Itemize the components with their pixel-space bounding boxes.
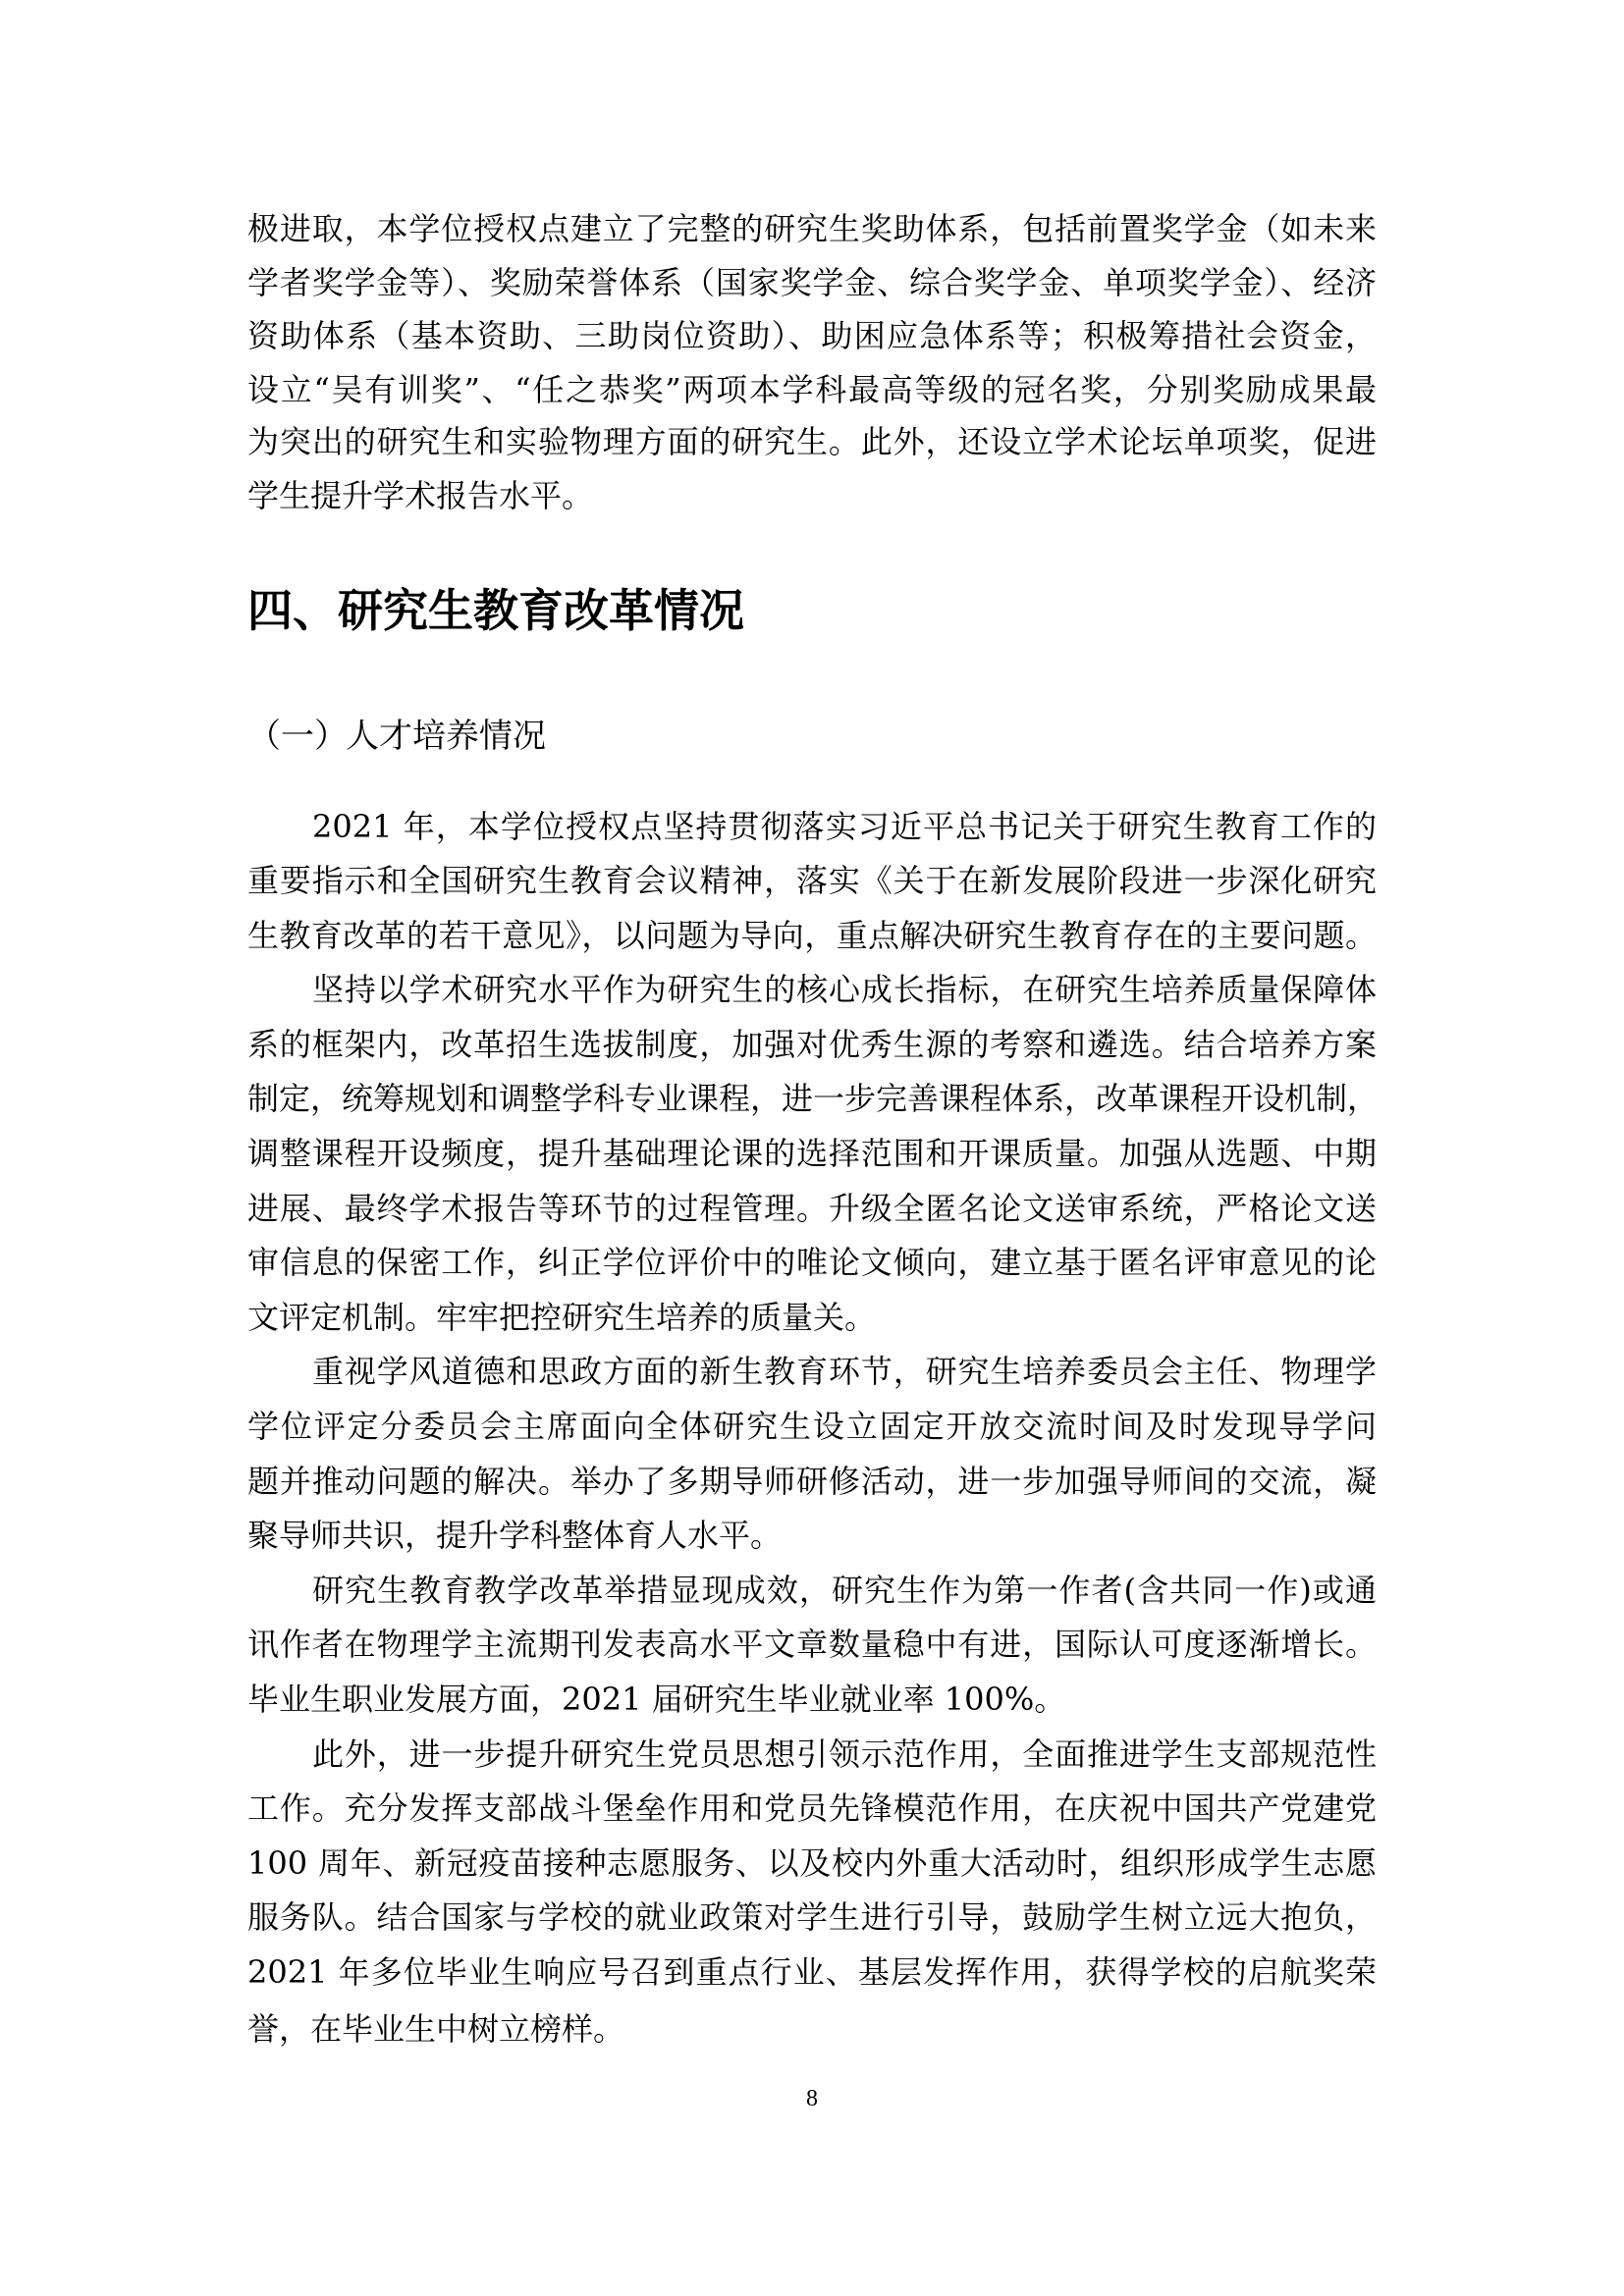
page-number: 8 [792,2083,832,2114]
text-line: 为突出的研究生和实验物理方面的研究生。此外，还设立学术论坛单项奖，促进 [247,414,1377,469]
text-line: 进展、最终学术报告等环节的过程管理。升级全匿名论文送审系统，严格论文送 [247,1181,1377,1236]
document-page: 极进取，本学位授权点建立了完整的研究生奖助体系，包括前置奖学金（如未来 学者奖学… [0,0,1624,2296]
text-line: 聚导师共识，提升学科整体育人水平。 [247,1508,1377,1563]
text-line: 系的框架内，改革招生选拔制度，加强对优秀生源的考察和遴选。结合培养方案 [247,1017,1377,1072]
text-line: 坚持以学术研究水平作为研究生的核心成长指标，在研究生培养质量保障体 [312,962,1377,1017]
text-line: 调整课程开设频度，提升基础理论课的选择范围和开课质量。加强从选题、中期 [247,1126,1377,1181]
text-line: 此外，进一步提升研究生党员思想引领示范作用，全面推进学生支部规范性 [312,1727,1377,1782]
subsection-title: 人才培养情况 [346,717,546,756]
text-line: 极进取，本学位授权点建立了完整的研究生奖助体系，包括前置奖学金（如未来 [247,201,1377,256]
text-line: 誉，在毕业生中树立榜样。 [247,2002,1377,2056]
section-heading: 四、研究生教育改革情况 [247,583,744,638]
subsection-number: （一） [247,715,346,758]
text-line: 2021 年，本学位授权点坚持贯彻落实习近平总书记关于研究生教育工作的 [312,799,1377,854]
text-line: 100 周年、新冠疫苗接种志愿服务、以及校内外重大活动时，组织形成学生志愿 [247,1836,1377,1891]
text-line: 重视学风道德和思政方面的新生教育环节，研究生培养委员会主任、物理学 [312,1344,1377,1399]
text-line: 研究生教育教学改革举措显现成效，研究生作为第一作者(含共同一作)或通 [312,1563,1377,1618]
text-line: 题并推动问题的解决。举办了多期导师研修活动，进一步加强导师间的交流，凝 [247,1454,1377,1509]
text-line: 学位评定分委员会主席面向全体研究生设立固定开放交流时间及时发现导学问 [247,1399,1377,1454]
text-line: 设立“吴有训奖”、“任之恭奖”两项本学科最高等级的冠名奖，分别奖励成果最 [247,362,1377,417]
text-line: 生教育改革的若干意见》，以问题为导向，重点解决研究生教育存在的主要问题。 [247,908,1377,963]
text-line: 资助体系（基本资助、三助岗位资助）、助困应急体系等；积极筹措社会资金， [247,308,1377,363]
text-line: 工作。充分发挥支部战斗堡垒作用和党员先锋模范作用，在庆祝中国共产党建党 [247,1781,1377,1836]
text-line: 毕业生职业发展方面，2021 届研究生毕业就业率 100%。 [247,1672,1377,1727]
text-line: 审信息的保密工作，纠正学位评价中的唯论文倾向，建立基于匿名评审意见的论 [247,1235,1377,1290]
text-line: 服务队。结合国家与学校的就业政策对学生进行引导，鼓励学生树立远大抱负， [247,1890,1377,1945]
text-line: 制定，统筹规划和调整学科专业课程，进一步完善课程体系，改革课程开设机制， [247,1071,1377,1126]
text-line: 学者奖学金等）、奖励荣誉体系（国家奖学金、综合奖学金、单项奖学金）、经济 [247,255,1377,310]
subsection-heading: （一）人才培养情况 [247,715,546,758]
text-line: 讯作者在物理学主流期刊发表高水平文章数量稳中有进，国际认可度逐渐增长。 [247,1617,1377,1672]
text-line: 2021 年多位毕业生响应号召到重点行业、基层发挥作用，获得学校的启航奖荣 [247,1945,1377,2000]
text-line: 学生提升学术报告水平。 [247,468,1377,523]
text-line: 重要指示和全国研究生教育会议精神，落实《关于在新发展阶段进一步深化研究 [247,853,1377,908]
text-line: 文评定机制。牢牢把控研究生培养的质量关。 [247,1290,1377,1345]
